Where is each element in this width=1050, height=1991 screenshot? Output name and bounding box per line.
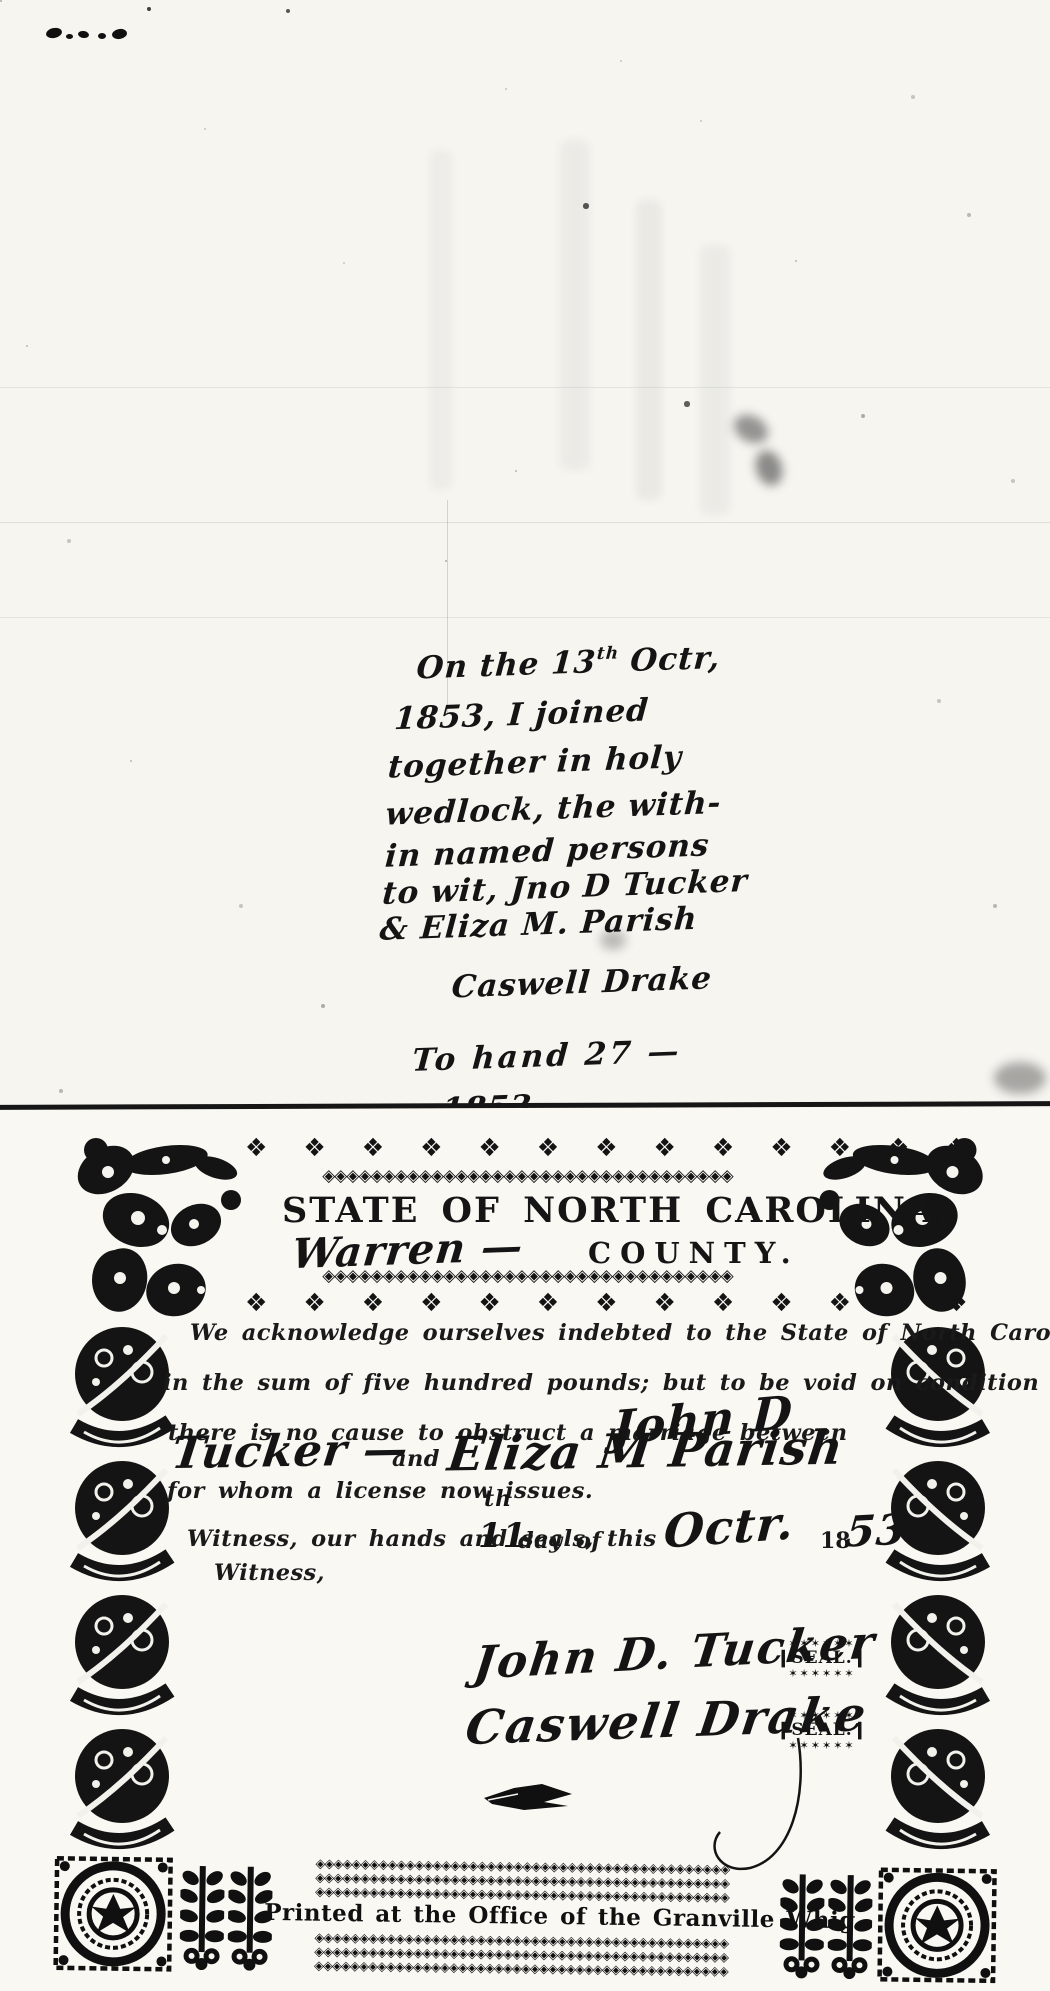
medallion-icon (877, 1868, 997, 1984)
county-label: COUNTY. (588, 1236, 800, 1270)
ink-blot (66, 34, 73, 39)
note-day-suffix: th (596, 644, 620, 665)
right-border-scroll-icon (882, 1326, 994, 1864)
body-line: day of (518, 1528, 601, 1554)
fold-crease-line (0, 387, 1050, 388)
palmette-icon (179, 1860, 225, 1971)
seal-side-icon: ❙ (853, 1720, 868, 1740)
bleed-through-mark (430, 150, 452, 490)
note-day: 13 (550, 644, 598, 682)
corner-floral-ornament-icon (66, 1130, 246, 1328)
month-script: Octr. (662, 1495, 796, 1558)
docket-note-line: To hand 27 — (411, 1033, 683, 1079)
seal-label: SEAL. (791, 1648, 852, 1668)
ink-blot (45, 26, 63, 39)
witness-label: Witness, (214, 1560, 325, 1586)
medallion-icon (53, 1856, 173, 1972)
note-line: together in holy (387, 739, 684, 785)
body-line: for whom a license now issues. (167, 1478, 593, 1504)
bleed-through-mark (636, 200, 662, 500)
note-line: 1853, I joined (393, 692, 650, 737)
scan-noise (0, 0, 2, 2)
ink-blot (78, 30, 90, 38)
bleed-through-mark (700, 245, 730, 515)
fold-crease-line (0, 522, 1050, 523)
note-line: On the 13th Octr, (415, 640, 721, 687)
palmette-icon (827, 1869, 873, 1980)
year-script: 53 (844, 1504, 909, 1556)
ornament-chain-row: ◈◈◈◈◈◈◈◈◈◈◈◈◈◈◈◈◈◈◈◈◈◈◈◈◈◈◈◈◈◈◈◈◈◈ (245, 1266, 810, 1286)
bleed-through-mark (560, 140, 590, 470)
note-text: On the (415, 646, 552, 687)
scanned-document-page: On the 13th Octr, 1853, I joined togethe… (0, 0, 1050, 1991)
handwritten-note: On the 13th Octr, 1853, I joined togethe… (370, 634, 727, 1126)
groom-name-script: Tucker — (169, 1424, 412, 1479)
seal-border-icon: ✶✶✶✶✶✶ (776, 1668, 868, 1679)
printer-fist-ornament-icon (484, 1784, 572, 1810)
and-word: and (392, 1446, 440, 1472)
note-line: wedlock, the with- (384, 785, 722, 833)
left-border-scroll-icon (66, 1326, 178, 1864)
body-line: in the sum of five hundred pounds; but t… (163, 1370, 1050, 1396)
ink-smudge (994, 1062, 1046, 1094)
signature-flourish-icon (690, 1728, 805, 1878)
ornament-cross-row: ❖ ❖ ❖ ❖ ❖ ❖ ❖ ❖ ❖ ❖ ❖ ❖ ❖ (245, 1133, 810, 1162)
palmette-icon (779, 1868, 825, 1979)
fold-crease-line (0, 617, 1050, 618)
seal-text: ❙SEAL.❙ (776, 1650, 868, 1667)
ink-blot (98, 33, 106, 39)
day-suffix-script: th (484, 1486, 512, 1512)
seal-badge: ✶✶✶✶✶✶ ❙SEAL.❙ ✶✶✶✶✶✶ (776, 1638, 868, 1679)
ink-smudge (729, 409, 773, 449)
certificate-title: STATE OF NORTH CAROLINA. (282, 1190, 950, 1231)
ink-smudge (751, 447, 787, 489)
officiant-signature-note: Caswell Drake (450, 960, 713, 1005)
bride-name-script: Eliza M Parish (445, 1420, 847, 1482)
ornament-chain-row: ◈◈◈◈◈◈◈◈◈◈◈◈◈◈◈◈◈◈◈◈◈◈◈◈◈◈◈◈◈◈◈◈◈◈ (245, 1166, 810, 1186)
footer-ornament-band: ◈◈◈◈◈◈◈◈◈◈◈◈◈◈◈◈◈◈◈◈◈◈◈◈◈◈◈◈◈◈◈◈◈◈◈◈◈◈◈◈… (53, 1852, 995, 1989)
printer-credit: Printed at the Office of the Granville W… (264, 1899, 779, 1933)
ink-blot (111, 28, 128, 40)
body-line: We acknowledge ourselves indebted to the… (190, 1320, 1050, 1346)
seal-side-icon: ❙ (853, 1648, 868, 1668)
note-month: Octr, (617, 640, 721, 680)
ornament-cross-row: ❖ ❖ ❖ ❖ ❖ ❖ ❖ ❖ ❖ ❖ ❖ ❖ ❖ (245, 1288, 810, 1317)
seal-side-icon: ❙ (776, 1648, 791, 1668)
